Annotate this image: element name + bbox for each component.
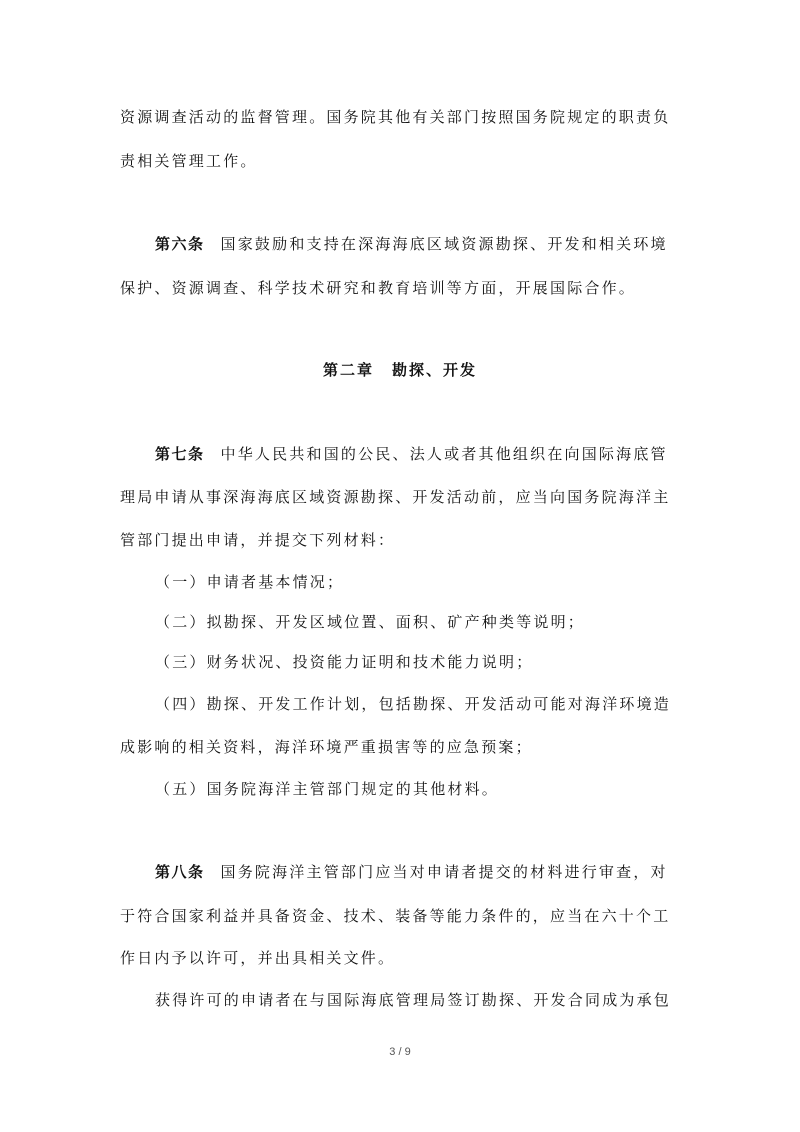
list-item: （一）申请者基本情况； xyxy=(155,572,715,592)
article-text: 国家鼓励和支持在深海海底区域资源勘探、开发和相关环境 xyxy=(221,235,668,253)
document-page: 资源调查活动的监督管理。国务院其他有关部门按照国务院规定的职责负 责相关管理工作… xyxy=(0,0,800,1132)
article-6-first-line: 第六条国家鼓励和支持在深海海底区域资源勘探、开发和相关环境 xyxy=(155,234,715,254)
list-item-continuation: 成影响的相关资料，海洋环境严重损害等的应急预案； xyxy=(120,737,680,757)
paragraph-line: 资源调查活动的监督管理。国务院其他有关部门按照国务院规定的职责负 xyxy=(120,107,680,127)
chapter-heading: 第二章勘探、开发 xyxy=(0,360,800,380)
list-item: （五）国务院海洋主管部门规定的其他材料。 xyxy=(155,779,715,799)
paragraph-line: 作日内予以许可，并出具相关文件。 xyxy=(120,948,680,968)
article-label: 第六条 xyxy=(155,235,205,253)
list-item: （三）财务状况、投资能力证明和技术能力说明； xyxy=(155,652,715,672)
article-8-first-line: 第八条国务院海洋主管部门应当对申请者提交的材料进行审查，对 xyxy=(155,862,715,882)
article-text: 中华人民共和国的公民、法人或者其他组织在向国际海底管 xyxy=(221,445,668,463)
paragraph-line: 保护、资源调查、科学技术研究和教育培训等方面，开展国际合作。 xyxy=(120,278,680,298)
article-7-first-line: 第七条中华人民共和国的公民、法人或者其他组织在向国际海底管 xyxy=(155,444,715,464)
article-text: 国务院海洋主管部门应当对申请者提交的材料进行审查，对 xyxy=(221,863,668,881)
page-number: 3 / 9 xyxy=(0,1046,800,1058)
paragraph-line: 责相关管理工作。 xyxy=(120,151,680,171)
article-label: 第七条 xyxy=(155,445,205,463)
paragraph-line: 于符合国家利益并具备资金、技术、装备等能力条件的，应当在六十个工 xyxy=(120,906,680,926)
list-item: （二）拟勘探、开发区域位置、面积、矿产种类等说明； xyxy=(155,612,715,632)
paragraph-line: 管部门提出申请，并提交下列材料： xyxy=(120,530,680,550)
article-label: 第八条 xyxy=(155,863,205,881)
paragraph-line: 获得许可的申请者在与国际海底管理局签订勘探、开发合同成为承包 xyxy=(155,990,715,1010)
paragraph-line: 理局申请从事深海海底区域资源勘探、开发活动前，应当向国务院海洋主 xyxy=(120,487,680,507)
chapter-title: 勘探、开发 xyxy=(392,361,477,379)
chapter-number: 第二章 xyxy=(323,361,374,379)
list-item: （四）勘探、开发工作计划，包括勘探、开发活动可能对海洋环境造 xyxy=(155,694,715,714)
